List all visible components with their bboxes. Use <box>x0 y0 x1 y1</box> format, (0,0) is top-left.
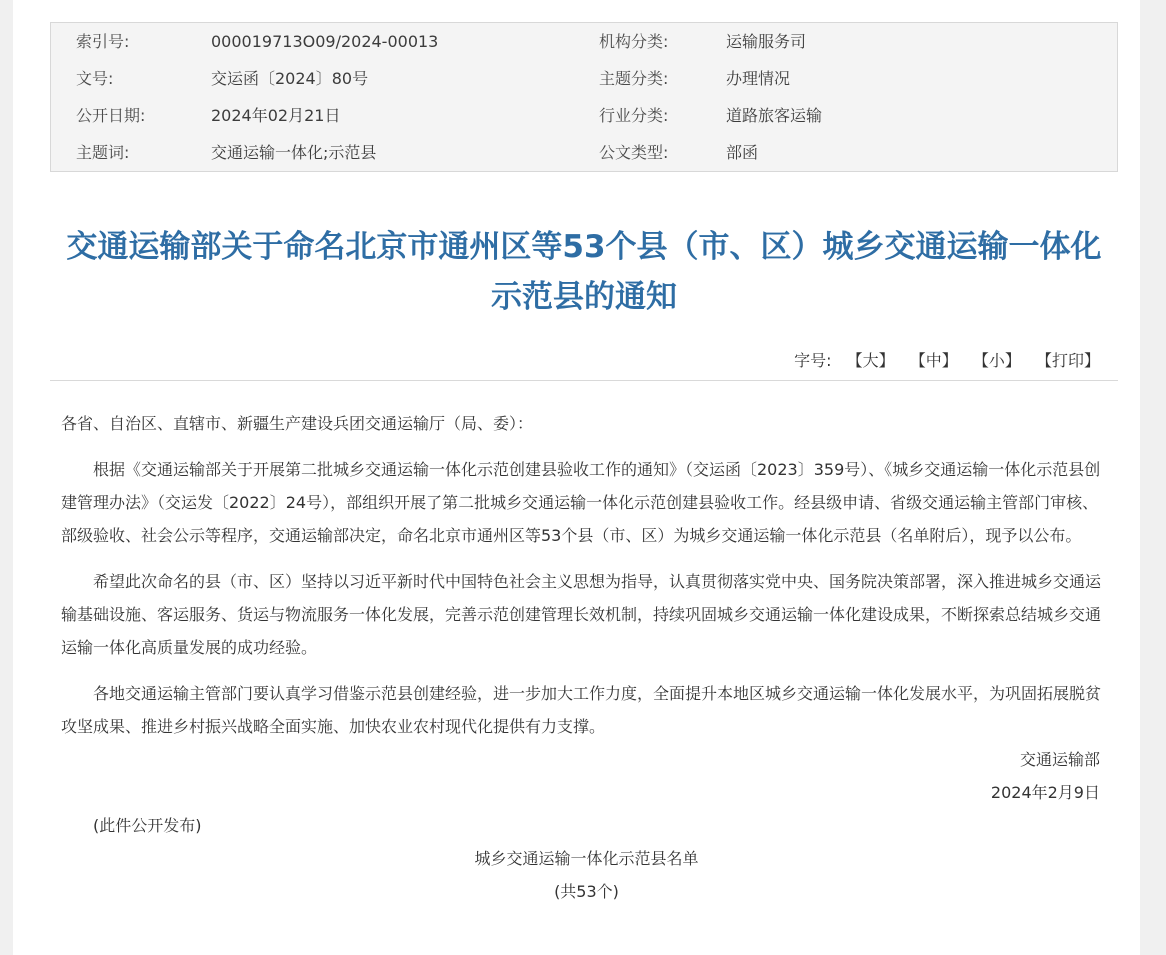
document-meta-table: 索引号: 000019713O09/2024-00013 机构分类: 运输服务司… <box>50 22 1118 172</box>
body-paragraph-3: 各地交通运输主管部门要认真学习借鉴示范县创建经验，进一步加大工作力度，全面提升本… <box>61 677 1112 743</box>
signature-issuer: 交通运输部 <box>61 743 1112 776</box>
doc-type-value: 部函 <box>726 134 1117 171</box>
doc-number-label: 文号: <box>51 60 211 97</box>
topic-category-label: 主题分类: <box>595 60 726 97</box>
body-paragraph-2: 希望此次命名的县（市、区）坚持以习近平新时代中国特色社会主义思想为指导，认真贯彻… <box>61 565 1112 664</box>
public-release-note: (此件公开发布) <box>61 809 1112 842</box>
signature-date: 2024年2月9日 <box>61 776 1112 809</box>
index-number-value: 000019713O09/2024-00013 <box>211 23 595 60</box>
doc-number-value: 交运函〔2024〕80号 <box>211 60 595 97</box>
topic-category-value: 办理情况 <box>726 60 1117 97</box>
font-size-small-button[interactable]: 【小】 <box>973 351 1021 370</box>
industry-category-value: 道路旅客运输 <box>726 97 1117 134</box>
salutation-line: 各省、自治区、直辖市、新疆生产建设兵团交通运输厅（局、委）： <box>61 407 1112 440</box>
org-category-value: 运输服务司 <box>726 23 1117 60</box>
font-size-large-button[interactable]: 【大】 <box>847 351 895 370</box>
subject-words-label: 主题词: <box>51 134 211 171</box>
subject-words-value: 交通运输一体化;示范县 <box>211 134 595 171</box>
title-separator-line <box>50 380 1118 381</box>
print-button[interactable]: 【打印】 <box>1036 351 1100 370</box>
document-title: 交通运输部关于命名北京市通州区等53个县（市、区）城乡交通运输一体化示范县的通知 <box>64 222 1104 322</box>
doc-type-label: 公文类型: <box>595 134 726 171</box>
attachment-list-count: (共53个) <box>61 875 1112 908</box>
font-size-label: 字号: <box>794 351 831 370</box>
document-body: 各省、自治区、直辖市、新疆生产建设兵团交通运输厅（局、委）： 根据《交通运输部关… <box>61 407 1112 908</box>
document-page: 索引号: 000019713O09/2024-00013 机构分类: 运输服务司… <box>13 0 1140 955</box>
index-number-label: 索引号: <box>51 23 211 60</box>
font-size-controls: 字号: 【大】 【中】 【小】 【打印】 <box>50 348 1118 371</box>
body-paragraph-1: 根据《交通运输部关于开展第二批城乡交通运输一体化示范创建县验收工作的通知》（交运… <box>61 453 1112 552</box>
org-category-label: 机构分类: <box>595 23 726 60</box>
publish-date-label: 公开日期: <box>51 97 211 134</box>
font-size-medium-button[interactable]: 【中】 <box>910 351 958 370</box>
industry-category-label: 行业分类: <box>595 97 726 134</box>
publish-date-value: 2024年02月21日 <box>211 97 595 134</box>
attachment-list-title: 城乡交通运输一体化示范县名单 <box>61 842 1112 875</box>
